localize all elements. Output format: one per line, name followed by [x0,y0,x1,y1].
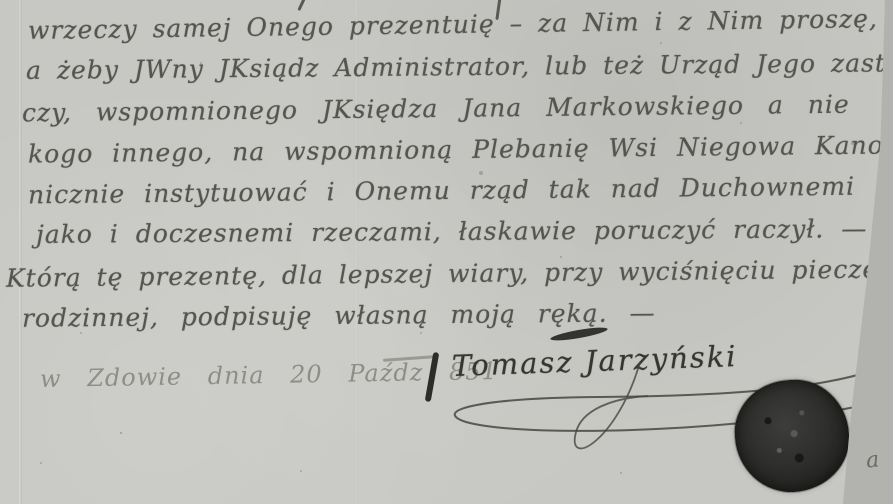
manuscript-line: rodzinnej, podpisuję własną moją ręką. — [22,298,656,333]
wax-seal [731,376,853,496]
paper-crease [19,0,22,504]
manuscript-line: jako i doczesnemi rzeczami, łaskawie por… [36,214,867,249]
signature: Tomasz Jarzyński [451,339,738,383]
paper-specks [0,0,2,2]
manuscript-line: a żeby JWny JKsiądz Administrator, lub t… [26,48,893,85]
manuscript-line: czy, wspomnionego JKsiędza Jana Markowsk… [22,90,850,128]
edge-ink-fragment: a [865,447,881,473]
document-page: wrzeczy samej Onego prezentuię – za Nim … [0,0,893,504]
manuscript-line: wrzeczy samej Onego prezentuię – za Nim … [28,4,878,45]
manuscript-line: nicznie instytuować i Onemu rząd tak nad… [28,172,855,210]
manuscript-line: Którą tę prezentę, dla lepszej wiary, pr… [6,254,893,292]
dateline: w Zdowie dnia 20 Paźdz 851 [40,357,498,393]
manuscript-line: kogo innego, na wspomnioną Plebanię Wsi … [28,130,893,168]
cutoff-stroke [297,0,305,11]
